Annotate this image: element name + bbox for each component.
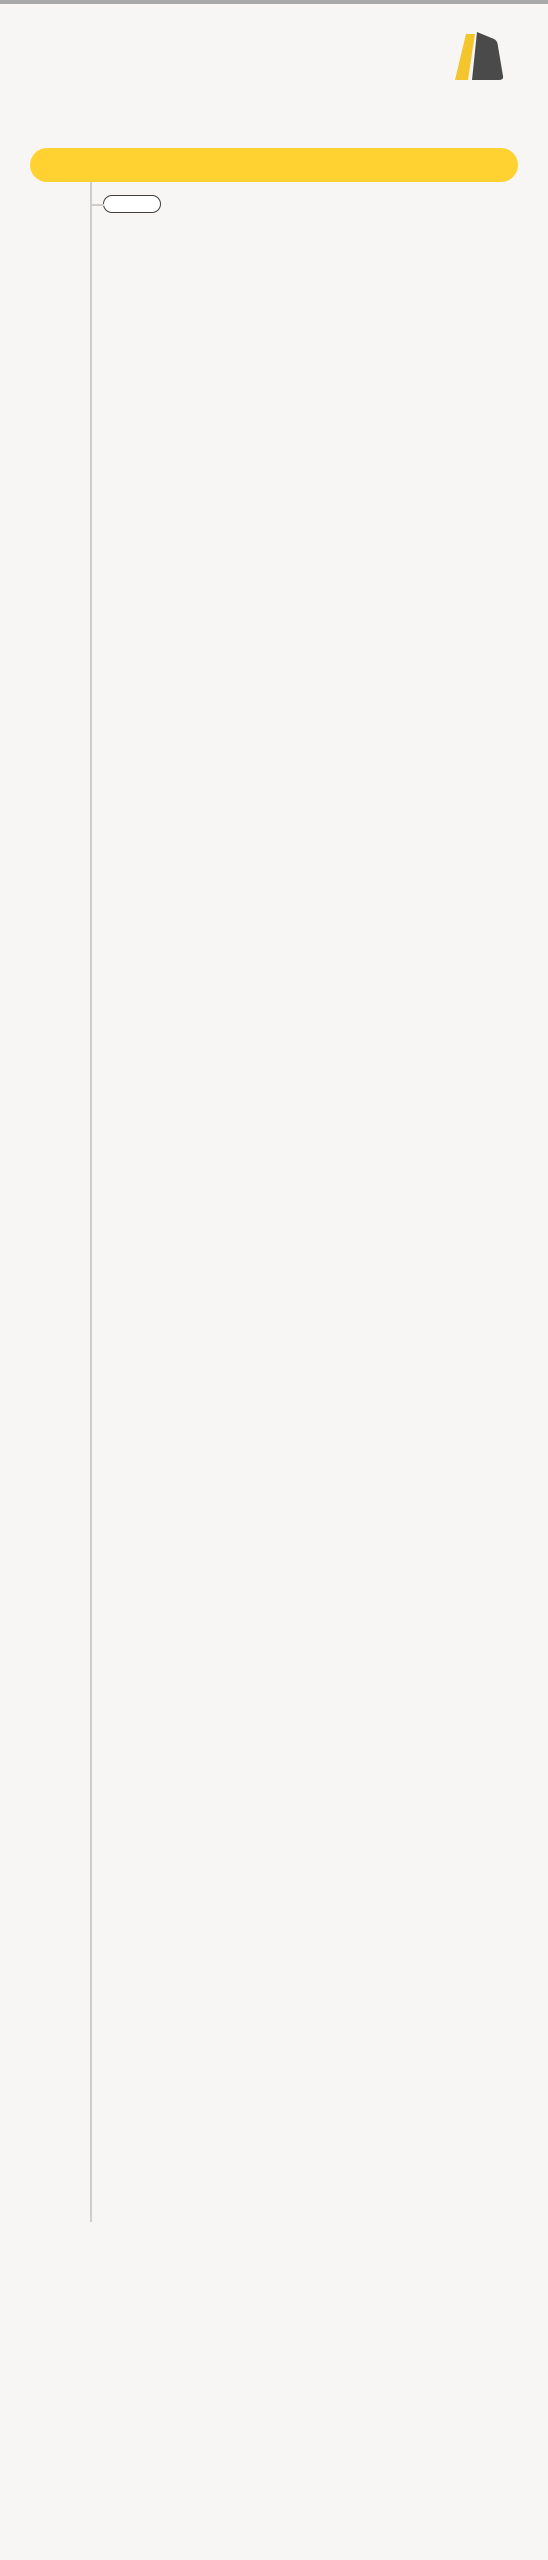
mindmap-tree xyxy=(0,182,548,218)
book-logo-icon xyxy=(442,28,514,84)
mindmap-page xyxy=(0,0,548,2560)
top-edge-strip xyxy=(0,0,548,4)
title-banner xyxy=(30,148,518,182)
trunk-line xyxy=(90,182,92,2222)
brand-logo xyxy=(430,28,526,88)
root-node xyxy=(103,195,161,213)
